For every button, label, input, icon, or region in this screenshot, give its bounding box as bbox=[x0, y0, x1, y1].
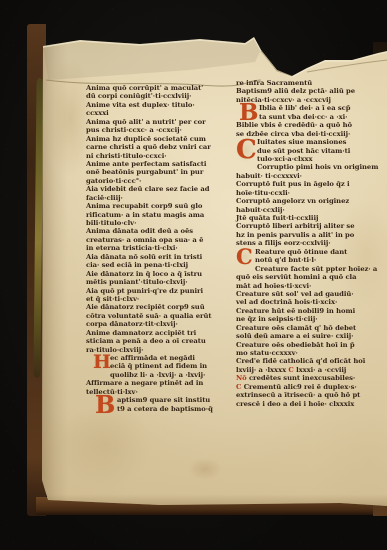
text-line: ne q̄z in seipsis·ti·ciij· bbox=[236, 315, 382, 323]
text-line: faciē·cliij· bbox=[86, 194, 228, 202]
index-entry: Aia dānata nō solū erit in tristicia· se… bbox=[86, 253, 228, 270]
index-entry: Anime damnatorz accipiēt tristiciam a pe… bbox=[86, 329, 228, 354]
text-line: Anime vita est duplex· titulo· bbox=[86, 101, 228, 109]
text-line: Aia videbit deū clare sez facie ad bbox=[86, 185, 228, 193]
index-entry: Anima recupabit corp9 suū glorificatum· … bbox=[86, 202, 228, 227]
text-line: re infra Sacramentū bbox=[236, 79, 382, 87]
text-line: dū corpi coniūgit'·ti·ccxlviij· bbox=[86, 92, 228, 100]
text-line: Creature hūt eē nobili9 in homi bbox=[236, 307, 382, 315]
text-line: corpa dānatorz·tit·clxvij· bbox=[86, 320, 228, 328]
index-entry: Anime ante perfectam satisfactionē beatō… bbox=[86, 160, 228, 185]
rubric-mark: Nō bbox=[236, 374, 247, 382]
text-line: extrinsecū a ītrisecū· a quō hō pt bbox=[236, 391, 382, 399]
text-line: mētis puniant'·titulo·clxvij· bbox=[86, 278, 228, 286]
text-line: tellectū·ti·lxv· bbox=[86, 388, 228, 396]
text-line: cōtra voluntatē suā· a qualia erūt bbox=[86, 312, 228, 320]
text-line: bili·titulo·clv· bbox=[86, 219, 228, 227]
text-line: Aie dānatorz recipiēt corp9 suū bbox=[86, 303, 228, 311]
text-line: creaturas· a omnia opa sua· a ē bbox=[86, 236, 228, 244]
index-entry: Aie dānatorz recipiēt corp9 suūcōtra vol… bbox=[86, 303, 228, 328]
text-line: Anima hz duplicē societatē cum bbox=[86, 135, 228, 143]
index-entry: Corruptō liberi arbitrij aliter sehz in … bbox=[236, 222, 382, 247]
text-line: rificatum· a in statu magis ama bbox=[86, 211, 228, 219]
text-line: pus christi·ccxc· a ·ccxcij· bbox=[86, 126, 228, 134]
index-entry: Aia videbit deū clare sez facie adfaciē·… bbox=[86, 185, 228, 202]
text-line: Nō credētes sunt inexcusabiles· bbox=[236, 374, 382, 382]
index-entry: Hec affirmāda et negādieciā q̄ ptinent a… bbox=[86, 354, 228, 379]
text-line: habuit·ccxlij· bbox=[236, 206, 382, 214]
index-entry: C Crementū alic9 rei ē duplex·s·extrinse… bbox=[236, 383, 382, 408]
text-line: ni christi·titulo·ccxci· bbox=[86, 152, 228, 160]
text-line: C Crementū alic9 rei ē duplex·s· bbox=[236, 383, 382, 391]
index-entry: Affirmare a negare ptinēt ad intellectū·… bbox=[86, 379, 228, 396]
text-line: gatorio·ti·ccc°· bbox=[86, 177, 228, 185]
text-line: stens a filijs eorz·ccxlviij· bbox=[236, 239, 382, 247]
rubricated-initial-C: C bbox=[236, 138, 255, 163]
index-entry: Anime vita est duplex· titulo·ccxxxi bbox=[86, 101, 228, 118]
text-line: Aia quō pt puniri·q're dz puniri bbox=[86, 287, 228, 295]
index-entry: Anima dānata odit deū a oēscreaturas· a … bbox=[86, 227, 228, 252]
index-entry: BIblia ē lib' dei· a ī ea scp̄ta sunt vb… bbox=[236, 104, 382, 121]
index-entry: Aia quō pt puniri·q're dz puniriet q̄ si… bbox=[86, 287, 228, 304]
index-entry: Aie dānatorz in q̄ loco a q̄ īstrumētis … bbox=[86, 270, 228, 287]
rubricated-initial-C: C bbox=[236, 248, 253, 265]
text-line: cia· sed eciā in pena·ti·clxij bbox=[86, 261, 228, 269]
text-line: tulo·xci·a·clxxx bbox=[236, 155, 382, 163]
index-entry: CIuitates siue mansionesdue sūt post hāc… bbox=[236, 138, 382, 163]
rubricated-initial-H: H bbox=[93, 354, 108, 371]
index-entry: Anima quō corrūpit' a maculat'dū corpi c… bbox=[86, 84, 228, 101]
text-line: Iuitates siue mansiones bbox=[236, 138, 382, 146]
text-line: Anima recupabit corp9 suū glo bbox=[86, 202, 228, 210]
text-line: Anime ante perfectam satisfacti bbox=[86, 160, 228, 168]
left-text-column: Anima quō corrūpit' a maculat'dū corpi c… bbox=[86, 84, 228, 413]
text-line: Creature facte sūt ppter hoīez· a bbox=[236, 265, 382, 273]
parchment-stain bbox=[188, 458, 222, 480]
text-line: Jtē quāta fuit·ti·ccxliij bbox=[236, 214, 382, 222]
text-line: ccxxxi bbox=[86, 109, 228, 117]
text-line: Corruptō angelorz vn originez bbox=[236, 197, 382, 205]
text-line: onē beatōnis purgabunt' in pur bbox=[86, 168, 228, 176]
rubricated-initial-B: B bbox=[239, 103, 257, 120]
photo-of-incunable-page: Anima quō corrūpit' a maculat'dū corpi c… bbox=[0, 0, 387, 550]
text-line: Baptism9 aliū delz pctā· aliū pe bbox=[236, 87, 382, 95]
text-line: Aie dānatorz in q̄ loco a q̄ īstru bbox=[86, 270, 228, 278]
text-line: Anima quō corrūpit' a maculat' bbox=[86, 84, 228, 92]
index-entry: CReature quō ōtinue dantnotū q'd bnt·ti·… bbox=[236, 248, 382, 265]
text-line: Anima dānata odit deū a oēs bbox=[86, 227, 228, 235]
text-line: Affirmare a negare ptinēt ad in bbox=[86, 379, 228, 387]
text-line: māt ad hoīes·ti·xcvi· bbox=[236, 282, 382, 290]
book-page: Anima quō corrūpit' a maculat'dū corpi c… bbox=[40, 30, 387, 508]
text-line: Reature quō ōtinue dant bbox=[236, 248, 382, 256]
text-line: Corruptō liberi arbitrij aliter se bbox=[236, 222, 382, 230]
text-line: Anime damnatorz accipiēt tri bbox=[86, 329, 228, 337]
index-entry: Nō credētes sunt inexcusabiles· bbox=[236, 374, 382, 382]
rubricated-initial-B: B bbox=[95, 395, 115, 412]
right-text-column: re infra SacramentūBaptism9 aliū delz pc… bbox=[236, 79, 382, 408]
rubric-mark: C bbox=[236, 383, 244, 391]
index-entry: Creature facte sūt ppter hoīez· aquō eis… bbox=[236, 265, 382, 290]
text-line: vel ad doctrinā hois·ti·xcix· bbox=[236, 298, 382, 306]
text-line: sticiam a penā a deo a oī creatu bbox=[86, 337, 228, 345]
page-fore-edges bbox=[33, 78, 43, 378]
index-entry: Corruptio pimi hois vn originemhabuit· t… bbox=[236, 163, 382, 180]
text-line: Cred'e fidē catholicā q'd oficāt hoī bbox=[236, 357, 382, 365]
index-entry: Corruptō fuit pus in āgelo q̄z ihoīe·tit… bbox=[236, 180, 382, 197]
discolored-top-strip bbox=[40, 30, 387, 82]
index-entry: Creature sūt sol' vel ad gaudiū·vel ad d… bbox=[236, 290, 382, 307]
index-entry: Cred'e fidē catholicā q'd oficāt hoīlxvi… bbox=[236, 357, 382, 374]
index-entry: Corruptō angelorz vn originezhabuit·ccxl… bbox=[236, 197, 382, 214]
text-line: Creature oēs obediebāt hoī in p̄ bbox=[236, 341, 382, 349]
text-line: Corruptio pimi hois vn originem bbox=[236, 163, 382, 171]
text-line: Aia dānata nō solū erit in tristi bbox=[86, 253, 228, 261]
text-line: carne christi a quō debz vniri car bbox=[86, 143, 228, 151]
text-line: solū deū amare a ei suire· cxiij· bbox=[236, 332, 382, 340]
text-line: se dzbēe circa vba dei·ti·ccxiij· bbox=[236, 130, 382, 138]
index-entry: Baptism9 quare sit institut9 a cetera de… bbox=[86, 396, 228, 413]
text-line: hoīe·titu·ccxli· bbox=[236, 189, 382, 197]
text-line: lxviij· a ·lxxxx C lxxxi· a ·ccviij bbox=[236, 366, 382, 374]
text-line: mo statu·ccxxxv· bbox=[236, 349, 382, 357]
text-line: Biblie vbis ē credēdū· a quō hō bbox=[236, 121, 382, 129]
text-line: ra·titulo·clxviij· bbox=[86, 346, 228, 354]
index-entry: re infra Sacramentū bbox=[236, 79, 382, 87]
text-line: in eterna tristicia·ti·clxi· bbox=[86, 244, 228, 252]
text-line: Corruptō fuit pus in āgelo q̄z i bbox=[236, 180, 382, 188]
text-line: quō eis serviūt homini a quō cla bbox=[236, 273, 382, 281]
index-entry: Jtē quāta fuit·ti·ccxliij bbox=[236, 214, 382, 222]
index-entry: Biblie vbis ē credēdū· a quō hōse dzbēe … bbox=[236, 121, 382, 138]
index-entry: Baptism9 aliū delz pctā· aliū penitēcia·… bbox=[236, 87, 382, 104]
text-line: Anima quō alit' a nutrit' per cor bbox=[86, 118, 228, 126]
text-line: crescē i deo a dei i hoīe· clxxxix bbox=[236, 400, 382, 408]
text-line: notū q'd bnt·ti·l· bbox=[236, 256, 382, 264]
text-line: Creature oēs clamāt q' hō debet bbox=[236, 324, 382, 332]
text-line: nitēcia·ti·ccxcv· a ·ccxcvij bbox=[236, 96, 382, 104]
text-line: due sūt post hāc vitam·ti bbox=[236, 147, 382, 155]
text-line: hz in penis parvulis a alit' in po bbox=[236, 231, 382, 239]
index-entry: Creature oēs obediebāt hoī in p̄mo statu… bbox=[236, 341, 382, 358]
index-entry: Anima quō alit' a nutrit' per corpus chr… bbox=[86, 118, 228, 135]
index-entry: Creature hūt eē nobili9 in homine q̄z in… bbox=[236, 307, 382, 324]
index-entry: Anima hz duplicē societatē cumcarne chri… bbox=[86, 135, 228, 160]
text-line: et q̄ sit·ti·clxv· bbox=[86, 295, 228, 303]
text-line: habuit· ti·ccxxxvi· bbox=[236, 172, 382, 180]
index-entry: Creature oēs clamāt q' hō debetsolū deū … bbox=[236, 324, 382, 341]
text-line: Creature sūt sol' vel ad gaudiū· bbox=[236, 290, 382, 298]
